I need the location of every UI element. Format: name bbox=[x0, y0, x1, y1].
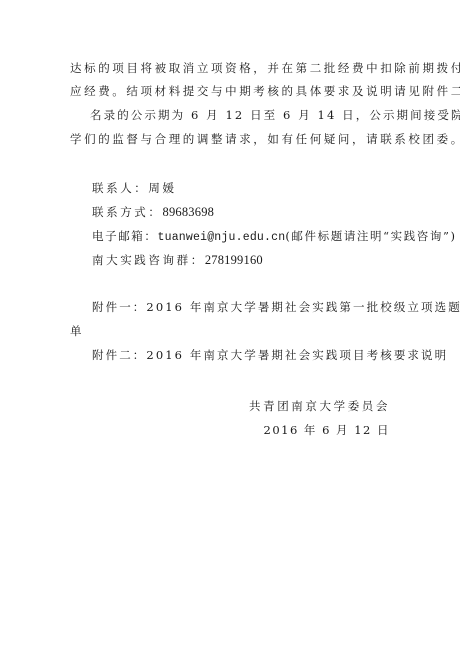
contact-group: 南大实践咨询群：278199160 bbox=[92, 252, 263, 268]
attachment-1-line-2: 单 bbox=[70, 323, 84, 339]
attachment-1-line-1: 附件一：2016 年南京大学暑期社会实践第一批校级立项选题名 bbox=[92, 299, 460, 315]
contact-email-link[interactable]: tuanwei@nju.edu.cn bbox=[158, 231, 286, 244]
signature-date: 2016 年 6 月 12 日 bbox=[264, 422, 391, 438]
contact-email-label: 电子邮箱： bbox=[92, 229, 158, 243]
contact-email-note: (邮件标题请注明“实践咨询”) bbox=[285, 229, 456, 243]
document-page: 达标的项目将被取消立项资格，并在第二批经费中扣除前期拨付的相 应经费。结项材料提… bbox=[0, 0, 460, 650]
contact-group-number: 278199160 bbox=[205, 253, 263, 267]
attachment-2: 附件二：2016 年南京大学暑期社会实践项目考核要求说明 bbox=[92, 347, 448, 363]
contact-phone-label: 联系方式： bbox=[92, 205, 163, 219]
contact-person-name: 周媛 bbox=[148, 181, 176, 195]
paragraph-2-line-2: 学们的监督与合理的调整请求，如有任何疑问，请联系校团委。 bbox=[70, 131, 460, 147]
contact-person: 联系人：周媛 bbox=[92, 180, 177, 196]
paragraph-1-line-2: 应经费。结项材料提交与中期考核的具体要求及说明请见附件二。 bbox=[70, 83, 460, 99]
contact-phone: 联系方式：89683698 bbox=[92, 204, 214, 220]
paragraph-1-line-1: 达标的项目将被取消立项资格，并在第二批经费中扣除前期拨付的相 bbox=[70, 60, 460, 76]
contact-person-label: 联系人： bbox=[92, 181, 148, 195]
contact-email: 电子邮箱：tuanwei@nju.edu.cn(邮件标题请注明“实践咨询”) bbox=[92, 228, 457, 246]
signature-organization: 共青团南京大学委员会 bbox=[249, 398, 390, 414]
contact-group-label: 南大实践咨询群： bbox=[92, 253, 205, 267]
paragraph-2-line-1: 名录的公示期为 6 月 12 日至 6 月 14 日，公示期间接受院系与同 bbox=[90, 107, 460, 123]
contact-phone-number: 89683698 bbox=[163, 205, 215, 219]
